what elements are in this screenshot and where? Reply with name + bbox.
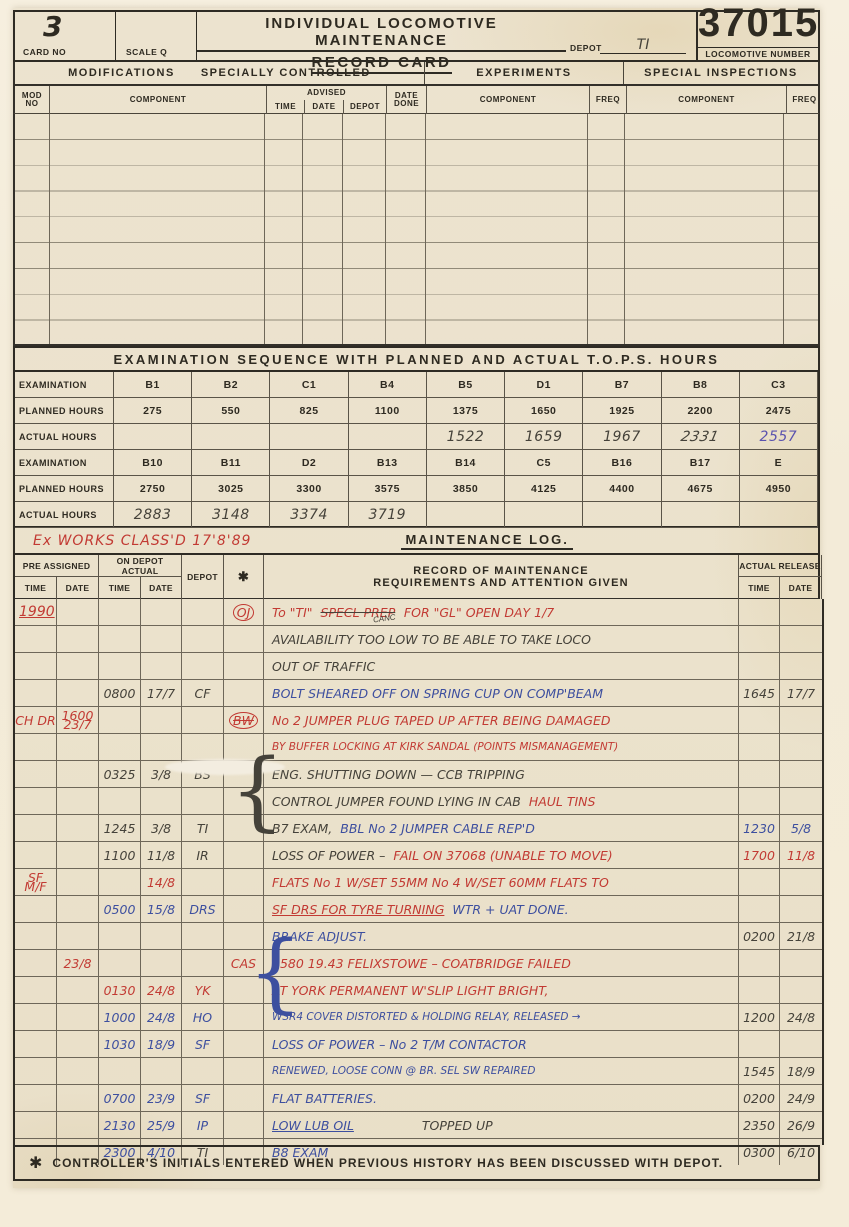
record-header-line1: RECORD OF MAINTENANCE — [413, 565, 589, 577]
scale-cell: SCALE Q — [116, 12, 197, 60]
col-rel-date: DATE — [780, 577, 822, 599]
col-freq-2: FREQ — [787, 86, 822, 114]
actual-cell: 1522 — [427, 424, 505, 450]
row-label: PLANNED HOURS — [15, 476, 114, 502]
row-label: PLANNED HOURS — [15, 398, 114, 424]
release-time: 1200 — [743, 1010, 775, 1025]
depot-cell: DEPOT TI — [566, 12, 696, 60]
col-advised-time: TIME — [267, 100, 305, 114]
empty-column — [386, 114, 426, 344]
log-text: LOSS OF POWER – — [272, 848, 385, 863]
depot: HO — [193, 1010, 212, 1025]
release-date: 24/8 — [787, 1010, 815, 1025]
on-time: 1000 — [104, 1010, 136, 1025]
section-specially-controlled: SPECIALLY CONTROLLED — [201, 67, 371, 79]
release-date: 18/9 — [787, 1064, 815, 1079]
log-text: FLAT BATTERIES. — [272, 1091, 377, 1106]
exam-cell: B11 — [192, 450, 270, 476]
release-time: 1545 — [743, 1064, 775, 1079]
row-label: ACTUAL HOURS — [15, 502, 114, 528]
exam-cell: B1 — [114, 372, 192, 398]
section-special-inspections: SPECIAL INSPECTIONS — [644, 67, 798, 79]
log-text: FAIL ON 37068 (UNABLE TO MOVE) — [393, 848, 612, 863]
log-text: TOPPED UP — [422, 1118, 493, 1133]
exam-cell: B2 — [192, 372, 270, 398]
actual-cell — [114, 424, 192, 450]
row-label: ACTUAL HOURS — [15, 424, 114, 450]
log-text: LOW LUB OIL — [272, 1118, 354, 1133]
mods-section-header: MODIFICATIONS SPECIALLY CONTROLLED EXPER… — [13, 62, 820, 86]
col-component-1: COMPONENT — [50, 86, 267, 114]
col-on-time: TIME — [99, 577, 141, 599]
exam-cell: B16 — [583, 450, 661, 476]
log-row: SF M/F 14/8 FLATS No 1 W/SET 55MM No 4 W… — [15, 869, 822, 896]
log-text: To "TI" — [272, 605, 313, 620]
mods-subheader: MOD NO COMPONENT ADVISED DATE DONE COMPO… — [13, 86, 820, 114]
release-date: 21/8 — [787, 929, 815, 944]
empty-column — [15, 114, 50, 344]
controller-initials: OJ — [233, 604, 255, 621]
on-time: 0800 — [104, 686, 136, 701]
log-row: 1030 18/9 SF LOSS OF POWER – No 2 T/M CO… — [15, 1031, 822, 1058]
exam-cell: B17 — [662, 450, 740, 476]
log-text: BBL No 2 JUMPER CABLE REP'D — [340, 821, 535, 836]
on-date: 11/8 — [147, 848, 175, 863]
actual-cell — [192, 424, 270, 450]
col-pre-time: TIME — [15, 577, 57, 599]
planned-cell: 2750 — [114, 476, 192, 502]
footer-note: ✱ CONTROLLER'S INITIALS ENTERED WHEN PRE… — [13, 1145, 820, 1181]
log-text: AT YORK PERMANENT W'SLIP LIGHT BRIGHT, — [272, 983, 548, 998]
col-advised-depot: DEPOT — [344, 100, 387, 114]
planned-cell: 4950 — [740, 476, 818, 502]
log-text: AVAILABILITY TOO LOW TO BE ABLE TO TAKE … — [272, 632, 591, 647]
exam-cell: B14 — [427, 450, 505, 476]
log-row: BRAKE ADJUST. 0200 21/8 — [15, 923, 822, 950]
actual-cell — [505, 502, 583, 528]
log-row: AVAILABILITY TOO LOW TO BE ABLE TO TAKE … — [15, 626, 822, 653]
loco-number-label: LOCOMOTIVE NUMBER — [698, 47, 818, 59]
exam-cell: C1 — [270, 372, 348, 398]
on-date: 24/8 — [147, 983, 175, 998]
log-text: RENEWED, LOOSE CONN @ BR. SEL SW REPAIRE… — [272, 1065, 535, 1077]
log-text: ENG. SHUTTING DOWN — CCB TRIPPING — [272, 767, 525, 782]
pre-time: 1990 — [19, 604, 55, 620]
exam-cell: B5 — [427, 372, 505, 398]
actual-cell — [349, 424, 427, 450]
actual-cell: 3374 — [270, 502, 348, 528]
col-pre-date: DATE — [57, 577, 99, 599]
exam-cell: B13 — [349, 450, 427, 476]
log-row: 1100 11/8 IR LOSS OF POWER –FAIL ON 3706… — [15, 842, 822, 869]
scanned-record-card-page: { "header": { "card_no_value": "3", "car… — [0, 0, 849, 1227]
planned-cell: 1375 — [427, 398, 505, 424]
depot: IR — [196, 848, 208, 863]
log-text: OUT OF TRAFFIC — [272, 659, 375, 674]
log-row: CONTROL JUMPER FOUND LYING IN CABHAUL TI… — [15, 788, 822, 815]
empty-column — [50, 114, 265, 344]
pre-date: 1600 23/7 — [57, 711, 98, 729]
depot: IP — [197, 1118, 208, 1133]
release-date: 24/9 — [787, 1091, 815, 1106]
col-rel-time: TIME — [739, 577, 780, 599]
release-date: 11/8 — [787, 848, 815, 863]
depot-label: DEPOT — [570, 43, 602, 53]
on-time: 2130 — [104, 1118, 136, 1133]
release-time: 1645 — [743, 686, 775, 701]
planned-cell: 4675 — [662, 476, 740, 502]
planned-cell: 1650 — [505, 398, 583, 424]
log-text: SF DRS FOR TYRE TURNING — [272, 902, 444, 917]
mods-empty-grid — [13, 114, 820, 346]
log-text: CONTROL JUMPER FOUND LYING IN CAB — [272, 794, 521, 809]
log-row: 0325 3/8 BS ENG. SHUTTING DOWN — CCB TRI… — [15, 761, 822, 788]
col-controller-star: ✱ — [224, 555, 264, 599]
exam-cell: B8 — [662, 372, 740, 398]
actual-cell — [270, 424, 348, 450]
empty-column — [784, 114, 818, 344]
log-row: 0500 15/8 DRS SF DRS FOR TYRE TURNINGWTR… — [15, 896, 822, 923]
actual-cell — [427, 502, 505, 528]
ex-works-note: Ex WORKS CLASS'D 17'8'89 — [33, 533, 251, 549]
asterisk-icon: ✱ — [29, 1153, 42, 1173]
col-on-date: DATE — [141, 577, 182, 599]
actual-cell: 1659 — [505, 424, 583, 450]
actual-cell: 2883 — [114, 502, 192, 528]
pre-date: 23/8 — [63, 956, 91, 971]
depot: YK — [195, 983, 211, 998]
card-header: 3 CARD NO SCALE Q INDIVIDUAL LOCOMOTIVE … — [13, 10, 820, 62]
planned-cell: 3025 — [192, 476, 270, 502]
scale-label: SCALE Q — [126, 47, 167, 57]
on-time: 0700 — [104, 1091, 136, 1106]
col-component-2: COMPONENT — [427, 86, 590, 114]
row-label: EXAMINATION — [15, 450, 114, 476]
depot: SF — [195, 1037, 210, 1052]
planned-cell: 1925 — [583, 398, 661, 424]
pre-time: CH DR — [15, 716, 55, 725]
col-freq-1: FREQ — [590, 86, 627, 114]
planned-cell: 825 — [270, 398, 348, 424]
depot: SF — [195, 1091, 210, 1106]
planned-cell: 4125 — [505, 476, 583, 502]
maintenance-log-strip: Ex WORKS CLASS'D 17'8'89 MAINTENANCE LOG… — [13, 528, 820, 555]
actual-cell: 1967 — [583, 424, 661, 450]
card-no-cell: 3 CARD NO — [15, 12, 116, 60]
planned-cell: 4400 — [583, 476, 661, 502]
planned-cell: 275 — [114, 398, 192, 424]
log-row: RENEWED, LOOSE CONN @ BR. SEL SW REPAIRE… — [15, 1058, 822, 1085]
log-text: HAUL TINS — [529, 794, 596, 809]
log-row: 1245 3/8 TI B7 EXAM,BBL No 2 JUMPER CABL… — [15, 815, 822, 842]
on-time: 1245 — [104, 821, 136, 836]
release-time: 0200 — [743, 929, 775, 944]
log-row: 23/8 CAS 4580 19.43 FELIXSTOWE – COATBRI… — [15, 950, 822, 977]
card-no-value: 3 — [43, 10, 62, 43]
col-actual-release: ACTUAL RELEASE — [739, 555, 822, 577]
col-advised-date: DATE — [305, 100, 344, 114]
card-no-label: CARD NO — [23, 47, 66, 57]
actual-cell — [740, 502, 818, 528]
on-time: 1100 — [104, 848, 136, 863]
col-date-done: DATE DONE — [387, 86, 427, 114]
exam-cell: B4 — [349, 372, 427, 398]
exam-cell: D2 — [270, 450, 348, 476]
log-row: 1990 OJ To "TI"SPECL PREPCANCFOR "GL" OP… — [15, 599, 822, 626]
log-row: 1000 24/8 HO WSR4 COVER DISTORTED & HOLD… — [15, 1004, 822, 1031]
pre-time: SF M/F — [15, 873, 56, 891]
release-date: 5/8 — [791, 821, 811, 836]
log-row: BY BUFFER LOCKING AT KIRK SANDAL (POINTS… — [15, 734, 822, 761]
actual-cell: 2557 — [740, 424, 818, 450]
log-header: PRE ASSIGNED ON DEPOT ACTUAL DEPOT ✱ REC… — [13, 555, 820, 599]
log-text: WSR4 COVER DISTORTED & HOLDING RELAY, RE… — [272, 1011, 581, 1023]
log-text: B7 EXAM, — [272, 821, 332, 836]
correction-fluid-mark — [165, 759, 285, 775]
log-row: 0700 23/9 SF FLAT BATTERIES. 0200 24/9 — [15, 1085, 822, 1112]
on-date: 25/9 — [147, 1118, 175, 1133]
actual-cell: 2331 — [662, 424, 740, 450]
maintenance-log-title: MAINTENANCE LOG. — [401, 532, 572, 550]
on-date: 17/7 — [147, 686, 175, 701]
planned-cell: 2475 — [740, 398, 818, 424]
log-text: BRAKE ADJUST. — [272, 929, 367, 944]
release-date: 17/7 — [787, 686, 815, 701]
release-time: 2350 — [743, 1118, 775, 1133]
exam-cell: C5 — [505, 450, 583, 476]
on-date: 18/9 — [147, 1037, 175, 1052]
depot: TI — [197, 821, 208, 836]
depot: CF — [195, 686, 211, 701]
release-date: 26/9 — [787, 1118, 815, 1133]
exam-cell: D1 — [505, 372, 583, 398]
section-experiments: EXPERIMENTS — [476, 67, 571, 79]
record-header-line2: REQUIREMENTS AND ATTENTION GIVEN — [373, 577, 629, 589]
on-time: 0130 — [104, 983, 136, 998]
loco-number: 37015 — [698, 3, 818, 43]
page-title-line1: INDIVIDUAL LOCOMOTIVE MAINTENANCE — [197, 15, 566, 52]
log-text: 4580 19.43 FELIXSTOWE – COATBRIDGE FAILE… — [272, 956, 571, 971]
empty-column — [265, 114, 303, 344]
empty-column — [426, 114, 587, 344]
planned-cell: 2200 — [662, 398, 740, 424]
exam-cell: B7 — [583, 372, 661, 398]
empty-column — [343, 114, 386, 344]
log-text: LOSS OF POWER – No 2 T/M CONTACTOR — [272, 1037, 527, 1052]
controller-initials: CAS — [231, 956, 256, 971]
exam-cell: C3 — [740, 372, 818, 398]
log-row: 2130 25/9 IP LOW LUB OILTOPPED UP 2350 2… — [15, 1112, 822, 1139]
on-time: 0325 — [104, 767, 136, 782]
depot: DRS — [189, 902, 215, 917]
exam-cell: E — [740, 450, 818, 476]
on-date: 3/8 — [151, 821, 171, 836]
col-record: RECORD OF MAINTENANCE REQUIREMENTS AND A… — [264, 555, 739, 599]
release-time: 1230 — [743, 821, 775, 836]
log-body: 1990 OJ To "TI"SPECL PREPCANCFOR "GL" OP… — [13, 599, 824, 1145]
title-cell: INDIVIDUAL LOCOMOTIVE MAINTENANCE RECORD… — [197, 12, 566, 60]
section-modifications: MODIFICATIONS — [68, 67, 175, 79]
log-text: BOLT SHEARED OFF ON SPRING CUP ON COMP'B… — [272, 686, 603, 701]
record-card: 3 CARD NO SCALE Q INDIVIDUAL LOCOMOTIVE … — [13, 8, 820, 1188]
log-row: OUT OF TRAFFIC — [15, 653, 822, 680]
on-date: 23/9 — [147, 1091, 175, 1106]
on-time: 0500 — [104, 902, 136, 917]
col-on-depot-actual: ON DEPOT ACTUAL — [99, 555, 182, 577]
planned-cell: 1100 — [349, 398, 427, 424]
col-advised: ADVISED — [267, 86, 387, 100]
release-time: 1700 — [743, 848, 775, 863]
footer-text: CONTROLLER'S INITIALS ENTERED WHEN PREVI… — [52, 1156, 723, 1170]
on-time: 1030 — [104, 1037, 136, 1052]
col-mod-no: MOD NO — [15, 86, 50, 114]
exam-table: EXAMINATION B1 B2 C1 B4 B5 D1 B7 B8 C3 P… — [13, 372, 820, 528]
actual-cell: 3719 — [349, 502, 427, 528]
log-text: No 2 JUMPER PLUG TAPED UP AFTER BEING DA… — [272, 713, 610, 728]
log-row: 0130 24/8 YK AT YORK PERMANENT W'SLIP LI… — [15, 977, 822, 1004]
log-text: WTR + UAT DONE. — [452, 902, 568, 917]
actual-cell: 3148 — [192, 502, 270, 528]
empty-column — [588, 114, 625, 344]
log-row: 0800 17/7 CF BOLT SHEARED OFF ON SPRING … — [15, 680, 822, 707]
on-date: 15/8 — [147, 902, 175, 917]
col-component-3: COMPONENT — [627, 86, 787, 114]
loco-number-cell: 37015 LOCOMOTIVE NUMBER — [696, 12, 818, 60]
exam-cell: B10 — [114, 450, 192, 476]
planned-cell: 550 — [192, 398, 270, 424]
row-label: EXAMINATION — [15, 372, 114, 398]
release-time: 0200 — [743, 1091, 775, 1106]
actual-cell — [583, 502, 661, 528]
log-text: FLATS No 1 W/SET 55MM No 4 W/SET 60MM FL… — [272, 875, 609, 890]
col-pre-assigned: PRE ASSIGNED — [15, 555, 99, 577]
log-text: FOR "GL" OPEN DAY 1/7 — [404, 605, 554, 620]
actual-cell — [662, 502, 740, 528]
on-date: 24/8 — [147, 1010, 175, 1025]
exam-table-title: EXAMINATION SEQUENCE WITH PLANNED AND AC… — [13, 346, 820, 372]
controller-initials: BW — [229, 712, 258, 729]
planned-cell: 3850 — [427, 476, 505, 502]
planned-cell: 3300 — [270, 476, 348, 502]
depot-value: TI — [600, 37, 686, 54]
empty-column — [303, 114, 342, 344]
on-date: 14/8 — [147, 875, 175, 890]
empty-column — [625, 114, 783, 344]
col-depot: DEPOT — [182, 555, 224, 599]
log-row: CH DR 1600 23/7 BW No 2 JUMPER PLUG TAPE… — [15, 707, 822, 734]
planned-cell: 3575 — [349, 476, 427, 502]
log-text: BY BUFFER LOCKING AT KIRK SANDAL (POINTS… — [272, 741, 618, 753]
